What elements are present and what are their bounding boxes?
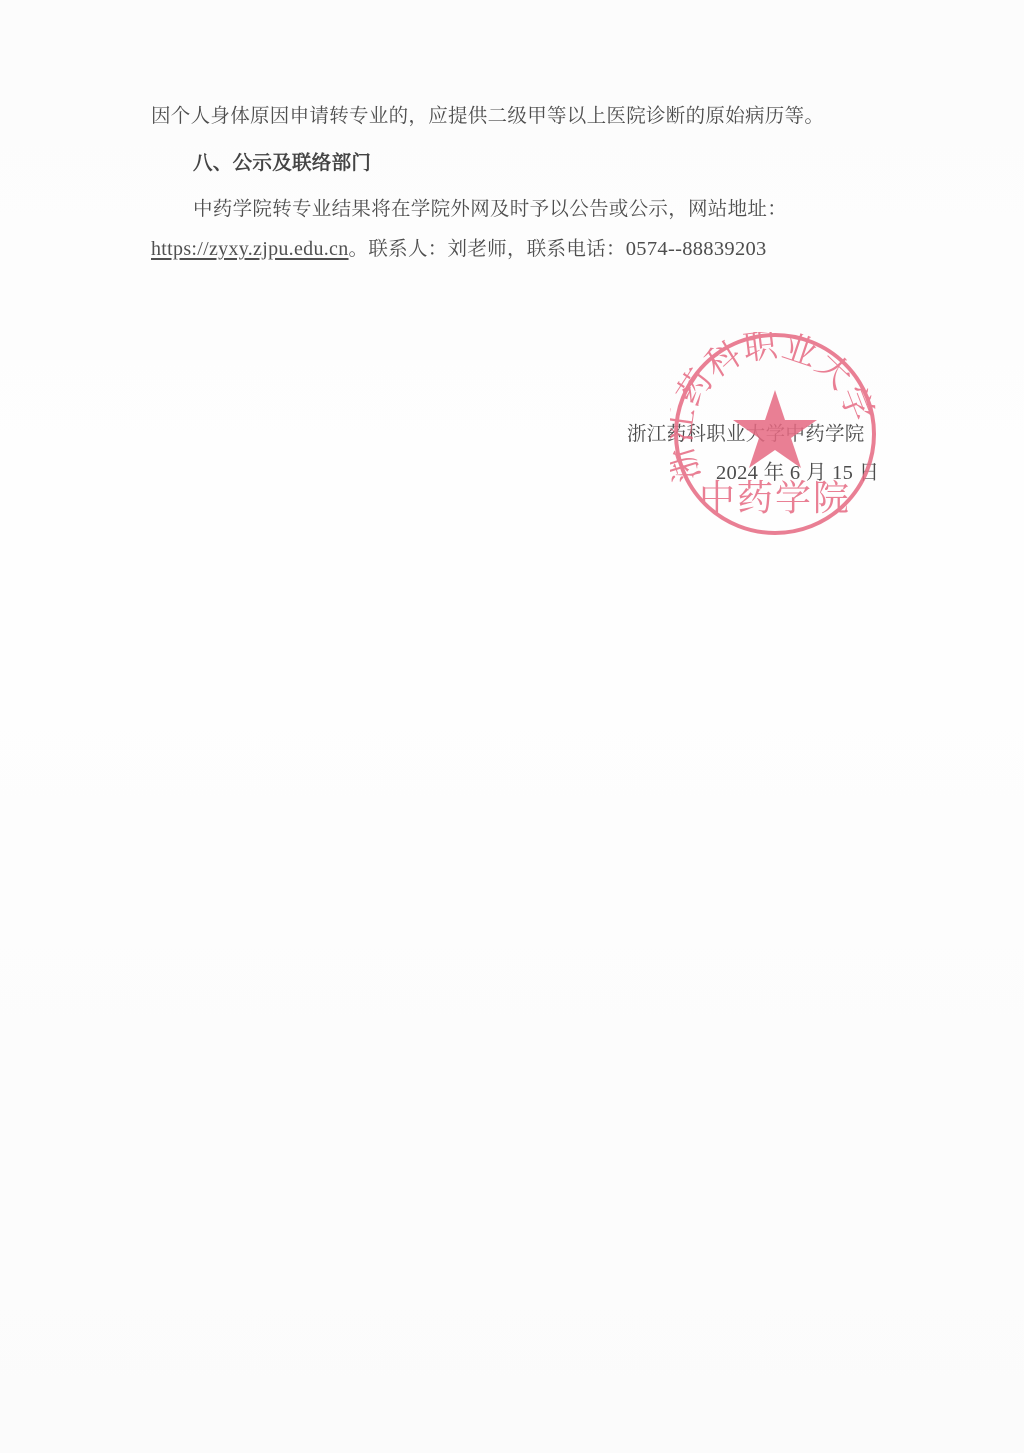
- paragraph-text: 中药学院转专业结果将在学院外网及时予以公告或公示，网站地址：: [193, 197, 787, 220]
- contact-text: 。联系人：刘老师，联系电话：: [349, 237, 626, 260]
- paragraph-announcement: 中药学院转专业结果将在学院外网及时予以公告或公示，网站地址：: [193, 197, 787, 221]
- website-link[interactable]: https://zyxy.zjpu.edu.cn: [151, 238, 349, 260]
- paragraph-text: 因个人身体原因申请转专业的，应提供二级甲等以上医院诊断的原始病历等。: [151, 104, 824, 127]
- signature-date: 2024 年 6 月 15 日: [716, 461, 879, 485]
- document-page: 因个人身体原因申请转专业的，应提供二级甲等以上医院诊断的原始病历等。 八、公示及…: [0, 0, 1024, 1453]
- organization-name: 浙江药科职业大学中药学院: [627, 422, 865, 445]
- section-heading-text: 八、公示及联络部门: [193, 151, 371, 174]
- phone-number: 0574--88839203: [626, 238, 767, 260]
- paragraph-contact: https://zyxy.zjpu.edu.cn。联系人：刘老师，联系电话：05…: [151, 237, 767, 261]
- paragraph-medical-records: 因个人身体原因申请转专业的，应提供二级甲等以上医院诊断的原始病历等。: [151, 104, 824, 128]
- signature-organization: 浙江药科职业大学中药学院: [627, 422, 865, 446]
- date-text: 2024 年 6 月 15 日: [716, 462, 879, 484]
- section-heading: 八、公示及联络部门: [193, 151, 371, 175]
